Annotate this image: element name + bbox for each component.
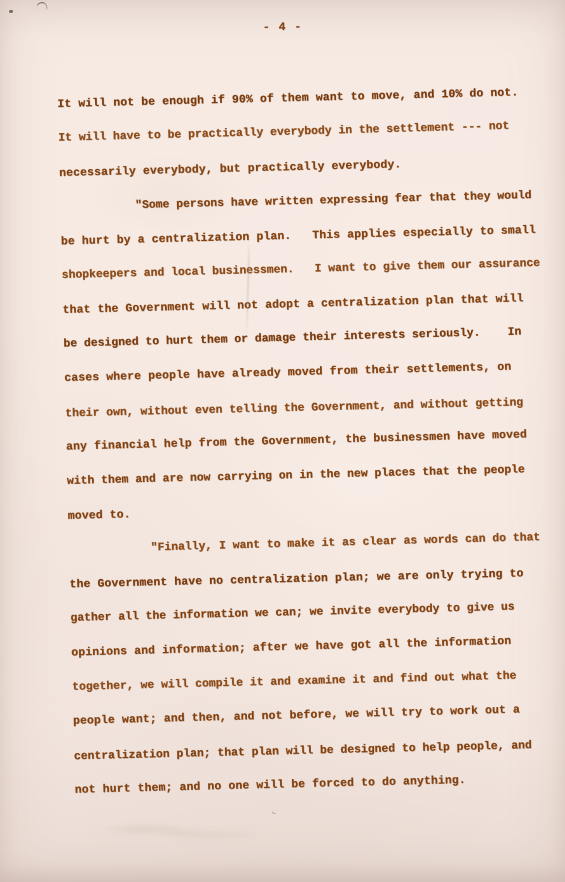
page-number: - 4 - bbox=[0, 18, 565, 37]
typewritten-text-block: It will not be enough if 90% of them wan… bbox=[57, 76, 565, 808]
ink-squiggle-mark bbox=[36, 1, 48, 13]
bleedthrough-smudge bbox=[88, 818, 268, 846]
scanned-document-page: - 4 - It will not be enough if 90% of th… bbox=[0, 0, 565, 882]
ink-speck bbox=[9, 10, 13, 13]
ink-speck-bottom bbox=[271, 808, 278, 815]
